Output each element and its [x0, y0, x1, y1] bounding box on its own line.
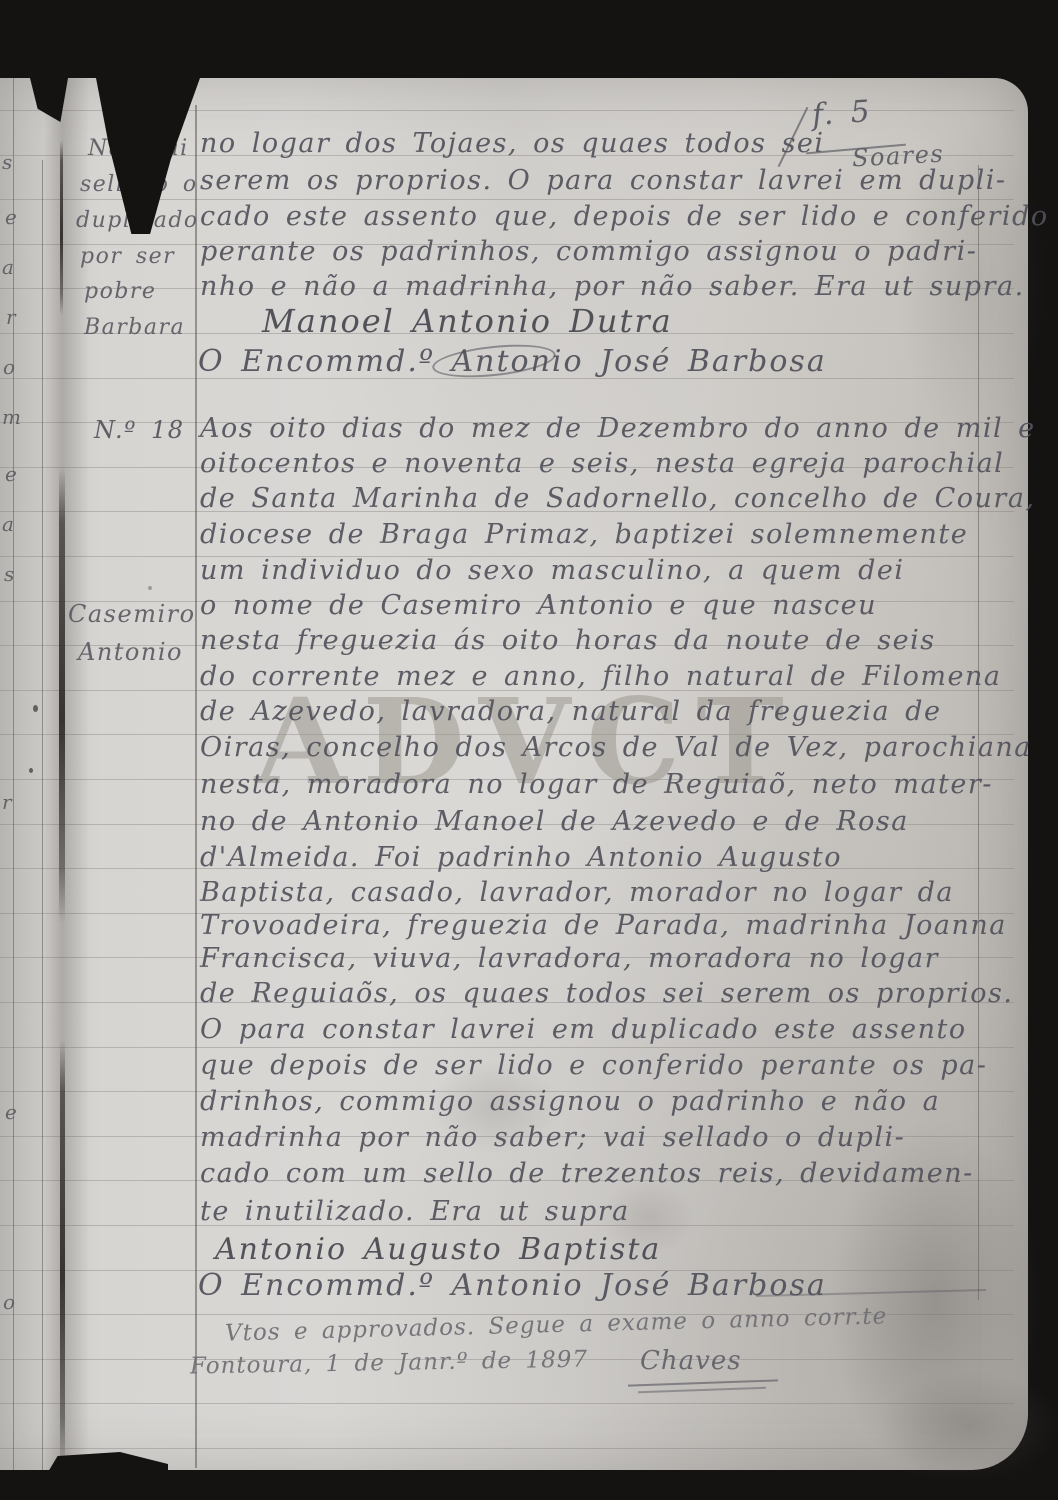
edge-fragment: e: [5, 1100, 18, 1124]
margin-child-name: Casemiro: [68, 600, 196, 628]
margin-child-name: Antonio: [78, 638, 183, 666]
left-strip-line: [13, 78, 14, 1470]
scanned-register-page: ADVCT f. 5 Soares Manoel Antonio Dutra O…: [0, 0, 1058, 1500]
record17-priest-signature: O Encommd.º Antonio José Barbosa: [198, 344, 827, 379]
record18-line: madrinha por não saber; vai sellado o du…: [200, 1122, 905, 1153]
record18-line: do corrente mez e anno, filho natural de…: [200, 661, 1001, 692]
record17-line: nho e não a madrinha, por não saber. Era…: [200, 271, 1025, 302]
record18-line: Trovoadeira, freguezia de Parada, madrin…: [200, 910, 1007, 941]
record18-line: Aos oito dias do mez de Dezembro do anno…: [200, 413, 1036, 444]
record17-godfather-signature: Manoel Antonio Dutra: [262, 302, 673, 340]
record18-line: de Santa Marinha de Sadornello, concelho…: [200, 483, 1036, 514]
edge-fragment: r: [6, 305, 17, 329]
visitation-note-signature: Chaves: [640, 1346, 742, 1376]
record18-line: d'Almeida. Foi padrinho Antonio Augusto: [200, 842, 842, 873]
left-strip-line2: [42, 160, 43, 1470]
edge-fragment: s: [4, 562, 16, 586]
edge-fragment: r: [2, 790, 13, 814]
edge-fragment: s: [2, 150, 14, 174]
record18-line: de Azevedo, lavradora, natural da fregue…: [200, 696, 941, 727]
record18-line: cado com um sello de trezentos reis, dev…: [200, 1158, 974, 1189]
binding-crease: [59, 468, 65, 923]
record18-line: O para constar lavrei em duplicado este …: [200, 1014, 967, 1045]
record18-line: um individuo do sexo masculino, a quem d…: [200, 555, 905, 586]
record18-line: diocese de Braga Primaz, baptizei solemn…: [200, 519, 968, 550]
record17-line: cado este assento que, depois de ser lid…: [200, 201, 1049, 232]
record-number: N.º 18: [94, 416, 185, 444]
edge-fragment: a: [2, 512, 15, 536]
record18-line: nesta freguezia ás oito horas da noute d…: [200, 625, 936, 656]
edge-fragment: m: [2, 405, 22, 429]
record18-godfather-signature: Antonio Augusto Baptista: [215, 1232, 661, 1267]
record18-line: drinhos, commigo assignou o padrinho e n…: [200, 1086, 940, 1117]
margin-note-line: pobre: [84, 279, 156, 304]
binding-crease: [60, 1040, 65, 1470]
ruled-line: [0, 1047, 1014, 1048]
margin-separator-line: [195, 105, 197, 1468]
edge-fragment: e: [5, 462, 18, 486]
record18-line: que depois de ser lido e conferido peran…: [200, 1050, 987, 1081]
ink-speck: [33, 705, 38, 712]
record17-line: no logar dos Tojaes, os quaes todos sei: [200, 128, 825, 159]
ruled-line: [0, 1448, 1014, 1449]
record18-line: o nome de Casemiro Antonio e que nasceu: [200, 590, 877, 621]
record18-line: Francisca, viuva, lavradora, moradora no…: [200, 943, 939, 974]
edge-fragment: e: [5, 205, 18, 229]
record18-line: Baptista, casado, lavrador, morador no l…: [200, 877, 954, 908]
stain: [880, 1370, 1058, 1480]
edge-fragment: o: [3, 1290, 17, 1314]
record18-line: nesta, moradora no logar de Reguiaõ, net…: [200, 769, 993, 800]
record17-line: perante os padrinhos, commigo assignou o…: [200, 236, 977, 267]
record18-line: oitocentos e noventa e seis, nesta egrej…: [200, 448, 1004, 479]
record18-line: Oiras, concelho dos Arcos de Val de Vez,…: [200, 732, 1032, 763]
margin-note-line: por ser: [80, 244, 175, 269]
edge-fragment: o: [3, 355, 17, 379]
binding-crease: [60, 140, 63, 315]
edge-fragment: a: [2, 255, 15, 279]
record17-line: serem os proprios. O para constar lavrei…: [200, 165, 1007, 196]
record18-line: te inutilizado. Era ut supra: [200, 1196, 630, 1227]
margin-note-line: Barbara: [84, 315, 185, 340]
record18-line: de Reguiaõs, os quaes todos sei serem os…: [200, 978, 1013, 1009]
ink-speck: [148, 586, 152, 590]
record18-line: no de Antonio Manoel de Azevedo e de Ros…: [200, 806, 909, 837]
record18-priest-signature: O Encommd.º Antonio José Barbosa: [198, 1268, 827, 1303]
ink-speck: [29, 768, 33, 773]
